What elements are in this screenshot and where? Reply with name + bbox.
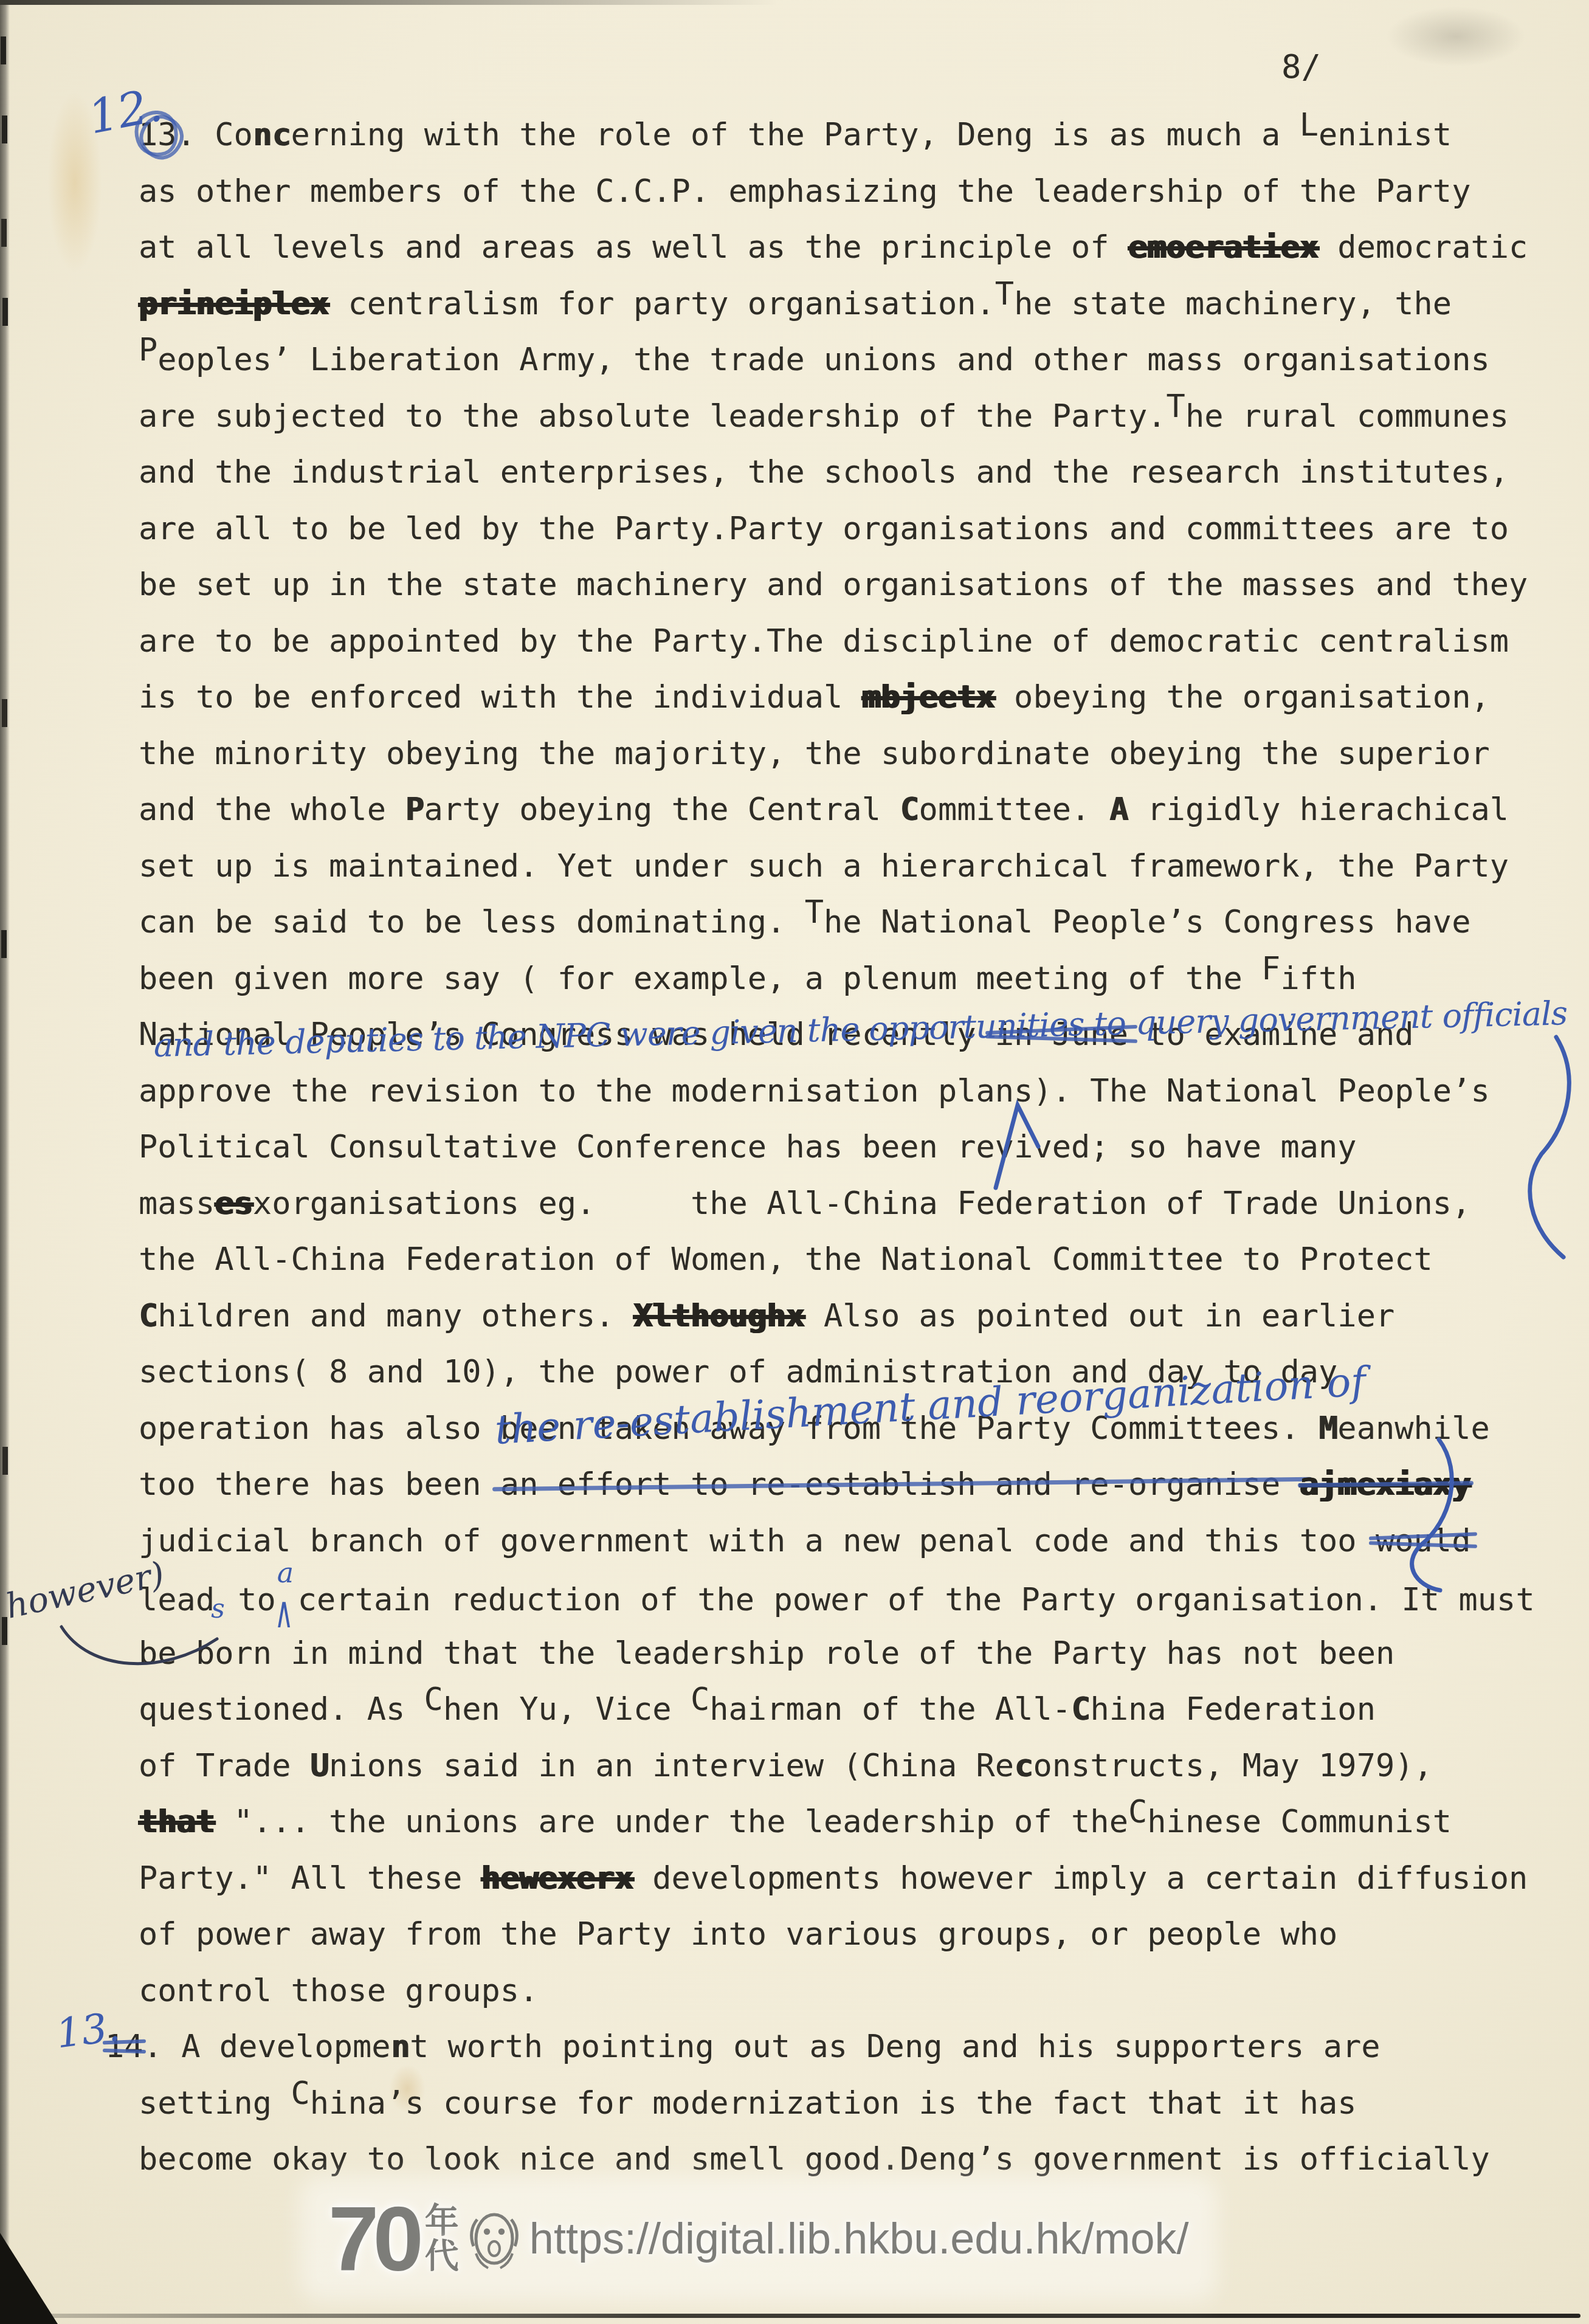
watermark-url: https://digital.lib.hkbu.edu.hk/mok/: [529, 2214, 1189, 2264]
text-segment: "... the unions are under the leadership…: [215, 1804, 1128, 1840]
watermark-70: 70: [328, 2193, 418, 2284]
text-segment: hewexerx: [481, 1860, 633, 1897]
text-segment: C: [1128, 1794, 1147, 1830]
text-segment: too there has been: [139, 1466, 500, 1503]
scan-edge-left: [0, 0, 10, 2324]
typescript-line: leads toa∧certain reduction of the power…: [139, 1579, 1535, 1620]
text-segment: he rural communes: [1185, 398, 1509, 435]
text-segment: been given more say ( for example, a ple…: [139, 960, 1261, 997]
typescript-line: are all to be led by the Party.Party org…: [139, 511, 1509, 547]
text-segment: he National People’s Congress have: [824, 904, 1470, 940]
handwritten-insertion-npc: and the deputies to the NPC were given t…: [153, 994, 1568, 1064]
typescript-line: be set up in the state machinery and org…: [139, 567, 1528, 603]
text-segment: C: [139, 1298, 157, 1334]
text-segment: t worth pointing out as Deng and his sup…: [410, 2029, 1380, 2065]
text-segment: rigidly hierachical: [1128, 791, 1509, 828]
text-segment: obeying the organisation,: [995, 679, 1490, 715]
text-segment: c: [1014, 1748, 1033, 1784]
scan-corner-shadow: [0, 2233, 58, 2324]
typescript-line: of Trade Unions said in an interview (Ch…: [139, 1748, 1433, 1784]
watermark-face-icon: [466, 2205, 522, 2273]
text-segment: emoeratiex: [1128, 229, 1318, 266]
text-segment: Party." All these: [139, 1860, 481, 1897]
ink-swoosh-however: [58, 1617, 222, 1684]
text-segment: are to be appointed by the Party.The dis…: [139, 623, 1509, 660]
typescript-line: that "... the unions are under the leade…: [139, 1804, 1452, 1840]
typescript-line: questioned. As Chen Yu, Vice Chairman of…: [139, 1691, 1376, 1728]
text-segment: certain reduction of the power of the Pa…: [298, 1582, 1535, 1618]
text-segment: developments however imply a certain dif…: [633, 1860, 1528, 1897]
typescript-line: prineiplex centralism for party organisa…: [139, 286, 1452, 322]
text-segment: an effort to re-establish and re-organis…: [500, 1466, 1300, 1503]
typescript-line: approve the revision to the modernisatio…: [139, 1073, 1490, 1109]
typescript-line: massesxorganisations eg. the All-China F…: [139, 1185, 1470, 1222]
text-segment: control those groups.: [139, 1973, 538, 2009]
scan-edge-bottom: [36, 2314, 1580, 2318]
text-segment: Also as pointed out in earlier: [805, 1298, 1395, 1334]
text-segment: of power away from the Party into variou…: [139, 1916, 1337, 1953]
text-segment: are subjected to the absolute leadership…: [139, 398, 1167, 435]
typescript-line: Party." All these hewexerx developments …: [139, 1860, 1528, 1897]
text-segment: . Co: [177, 117, 253, 153]
scanned-document-page: 8/ 13. Concerning with the role of the P…: [0, 0, 1589, 2324]
text-segment: approve the revision to the modernisatio…: [139, 1073, 1490, 1109]
text-segment: C: [424, 1681, 443, 1718]
text-segment: C: [900, 791, 919, 828]
text-segment: P: [139, 332, 157, 368]
watermark-niandai: 年 代: [425, 2204, 459, 2274]
typescript-line: Peoples’ Liberation Army, the trade unio…: [139, 342, 1490, 378]
text-segment: hen Yu, Vice: [443, 1691, 691, 1728]
text-segment: Xlthoughx: [633, 1298, 805, 1334]
typescript-line: 14. A development worth pointing out as …: [105, 2029, 1380, 2065]
ink-flourish-of: [1395, 1435, 1486, 1599]
text-segment: Political Consultative Conference has be…: [139, 1129, 1357, 1165]
text-segment: nc: [253, 117, 291, 153]
typescript-line: control those groups.: [139, 1973, 538, 2009]
watermark: 70 年 代 https://digital.lib.hkbu.edu.hk/m…: [316, 2193, 1201, 2284]
typescript-line: are subjected to the absolute leadership…: [139, 398, 1509, 435]
text-segment: and the industrial enterprises, the scho…: [139, 454, 1509, 491]
text-segment: at all levels and areas as well as the p…: [139, 229, 1128, 266]
text-segment: prineiplex: [139, 286, 329, 322]
text-segment: set up is maintained. Yet under such a h…: [139, 848, 1509, 884]
text-segment: hairman of the All-: [709, 1691, 1071, 1728]
typescript-line: judicial branch of government with a new…: [139, 1523, 1470, 1559]
typescript-line: set up is maintained. Yet under such a h…: [139, 848, 1509, 884]
text-segment: and the whole: [139, 791, 405, 828]
typescript-line: been given more say ( for example, a ple…: [139, 960, 1357, 997]
text-segment: setting: [139, 2085, 291, 2122]
text-segment: hildren and many others.: [157, 1298, 633, 1334]
text-segment: the All-China Federation of Women, the N…: [139, 1241, 1433, 1278]
text-segment: eninist: [1318, 117, 1452, 153]
typescript-line: and the industrial enterprises, the scho…: [139, 454, 1509, 491]
watermark-cn-bottom: 代: [425, 2239, 459, 2274]
typescript-line: are to be appointed by the Party.The dis…: [139, 623, 1509, 660]
typescript-line: 13. Concerning with the role of the Part…: [139, 117, 1452, 153]
text-segment: of Trade: [139, 1748, 310, 1784]
text-segment: P: [405, 791, 424, 828]
text-segment: T: [995, 276, 1014, 312]
text-segment: hinese Communist: [1147, 1804, 1452, 1840]
text-segment: U: [310, 1748, 329, 1784]
text-segment: ommittee.: [919, 791, 1109, 828]
page-number: 8/: [1281, 47, 1321, 86]
typescript-line: is to be enforced with the individual mb…: [139, 679, 1490, 715]
text-segment: he state machinery, the: [1014, 286, 1452, 322]
text-segment: mass: [139, 1185, 215, 1222]
text-segment: L: [1300, 107, 1318, 143]
text-segment: C: [1071, 1691, 1090, 1728]
text-segment: M: [1318, 1410, 1337, 1447]
text-segment: C: [291, 2075, 309, 2112]
text-segment: can be said to be less dominating.: [139, 904, 805, 940]
typescript-line: as other members of the C.C.P. emphasizi…: [139, 173, 1470, 210]
typescript-line: at all levels and areas as well as the p…: [139, 229, 1528, 266]
typescript-line: Political Consultative Conference has be…: [139, 1129, 1357, 1165]
typescript-line: Children and many others. Xlthoughx Also…: [139, 1298, 1394, 1334]
text-segment: eoples’ Liberation Army, the trade union…: [157, 342, 1489, 378]
text-segment: centralism for party organisation.: [329, 286, 995, 322]
text-segment: mbjeetx: [862, 679, 995, 715]
text-segment: the minority obeying the majority, the s…: [139, 736, 1490, 772]
typescript-line: become okay to look nice and smell good.…: [139, 2141, 1490, 2177]
text-segment: T: [1167, 388, 1185, 425]
typescript-line: be born in mind that the leadership role…: [139, 1635, 1394, 1672]
text-segment: be born in mind that the leadership role…: [139, 1635, 1394, 1672]
scan-edge-top: [0, 0, 778, 5]
scan-edge-marks: [1, 36, 6, 64]
text-segment: as other members of the C.C.P. emphasizi…: [139, 173, 1470, 210]
text-segment: questioned. As: [139, 1691, 424, 1728]
ink-flourish-officials: [1520, 1032, 1587, 1269]
text-segment: erning with the role of the Party, Deng …: [291, 117, 1299, 153]
watermark-cn-top: 年: [425, 2204, 459, 2239]
typescript-line: too there has been an effort to re-estab…: [139, 1466, 1470, 1503]
typescript-line: the minority obeying the majority, the s…: [139, 736, 1490, 772]
text-segment: to: [219, 1582, 276, 1618]
typescript-line: can be said to be less dominating. The N…: [139, 904, 1470, 940]
text-segment: become okay to look nice and smell good.…: [139, 2141, 1490, 2177]
ink-caret-under-plans: [991, 1099, 1046, 1190]
text-segment: es: [215, 1185, 253, 1222]
text-segment: that: [139, 1804, 215, 1840]
typescript-line: setting China’s course for modernization…: [139, 2085, 1357, 2122]
text-segment: onstructs, May 1979),: [1033, 1748, 1432, 1784]
text-segment: C: [691, 1681, 709, 1718]
text-segment: . A developme: [143, 2029, 391, 2065]
text-segment: A: [1109, 791, 1128, 828]
typescript-line: and the whole Party obeying the Central …: [139, 791, 1509, 828]
text-segment: n: [391, 2029, 410, 2065]
text-segment: hina Federation: [1090, 1691, 1376, 1728]
text-segment: xorganisations eg. the All-China Federat…: [253, 1185, 1471, 1222]
text-segment: is to be enforced with the individual: [139, 679, 862, 715]
text-segment: nions said in an interview (China Re: [329, 1748, 1014, 1784]
text-segment: be set up in the state machinery and org…: [139, 567, 1528, 603]
typescript-line: the All-China Federation of Women, the N…: [139, 1241, 1433, 1278]
text-segment: ifth: [1280, 960, 1356, 997]
text-segment: are all to be led by the Party.Party org…: [139, 511, 1509, 547]
text-segment: T: [805, 894, 824, 931]
text-segment: a∧: [276, 1579, 298, 1610]
handwritten-renumber-13: 13.: [53, 2003, 123, 2057]
paper-smudge: [1386, 6, 1526, 67]
typescript-line: of power away from the Party into variou…: [139, 1916, 1337, 1953]
text-segment: F: [1261, 951, 1280, 987]
text-segment: judicial branch of government with a new…: [139, 1523, 1376, 1559]
text-segment: democratic: [1318, 229, 1528, 266]
text-segment: arty obeying the Central: [424, 791, 900, 828]
text-segment: hina’s course for modernization is the f…: [310, 2085, 1357, 2122]
